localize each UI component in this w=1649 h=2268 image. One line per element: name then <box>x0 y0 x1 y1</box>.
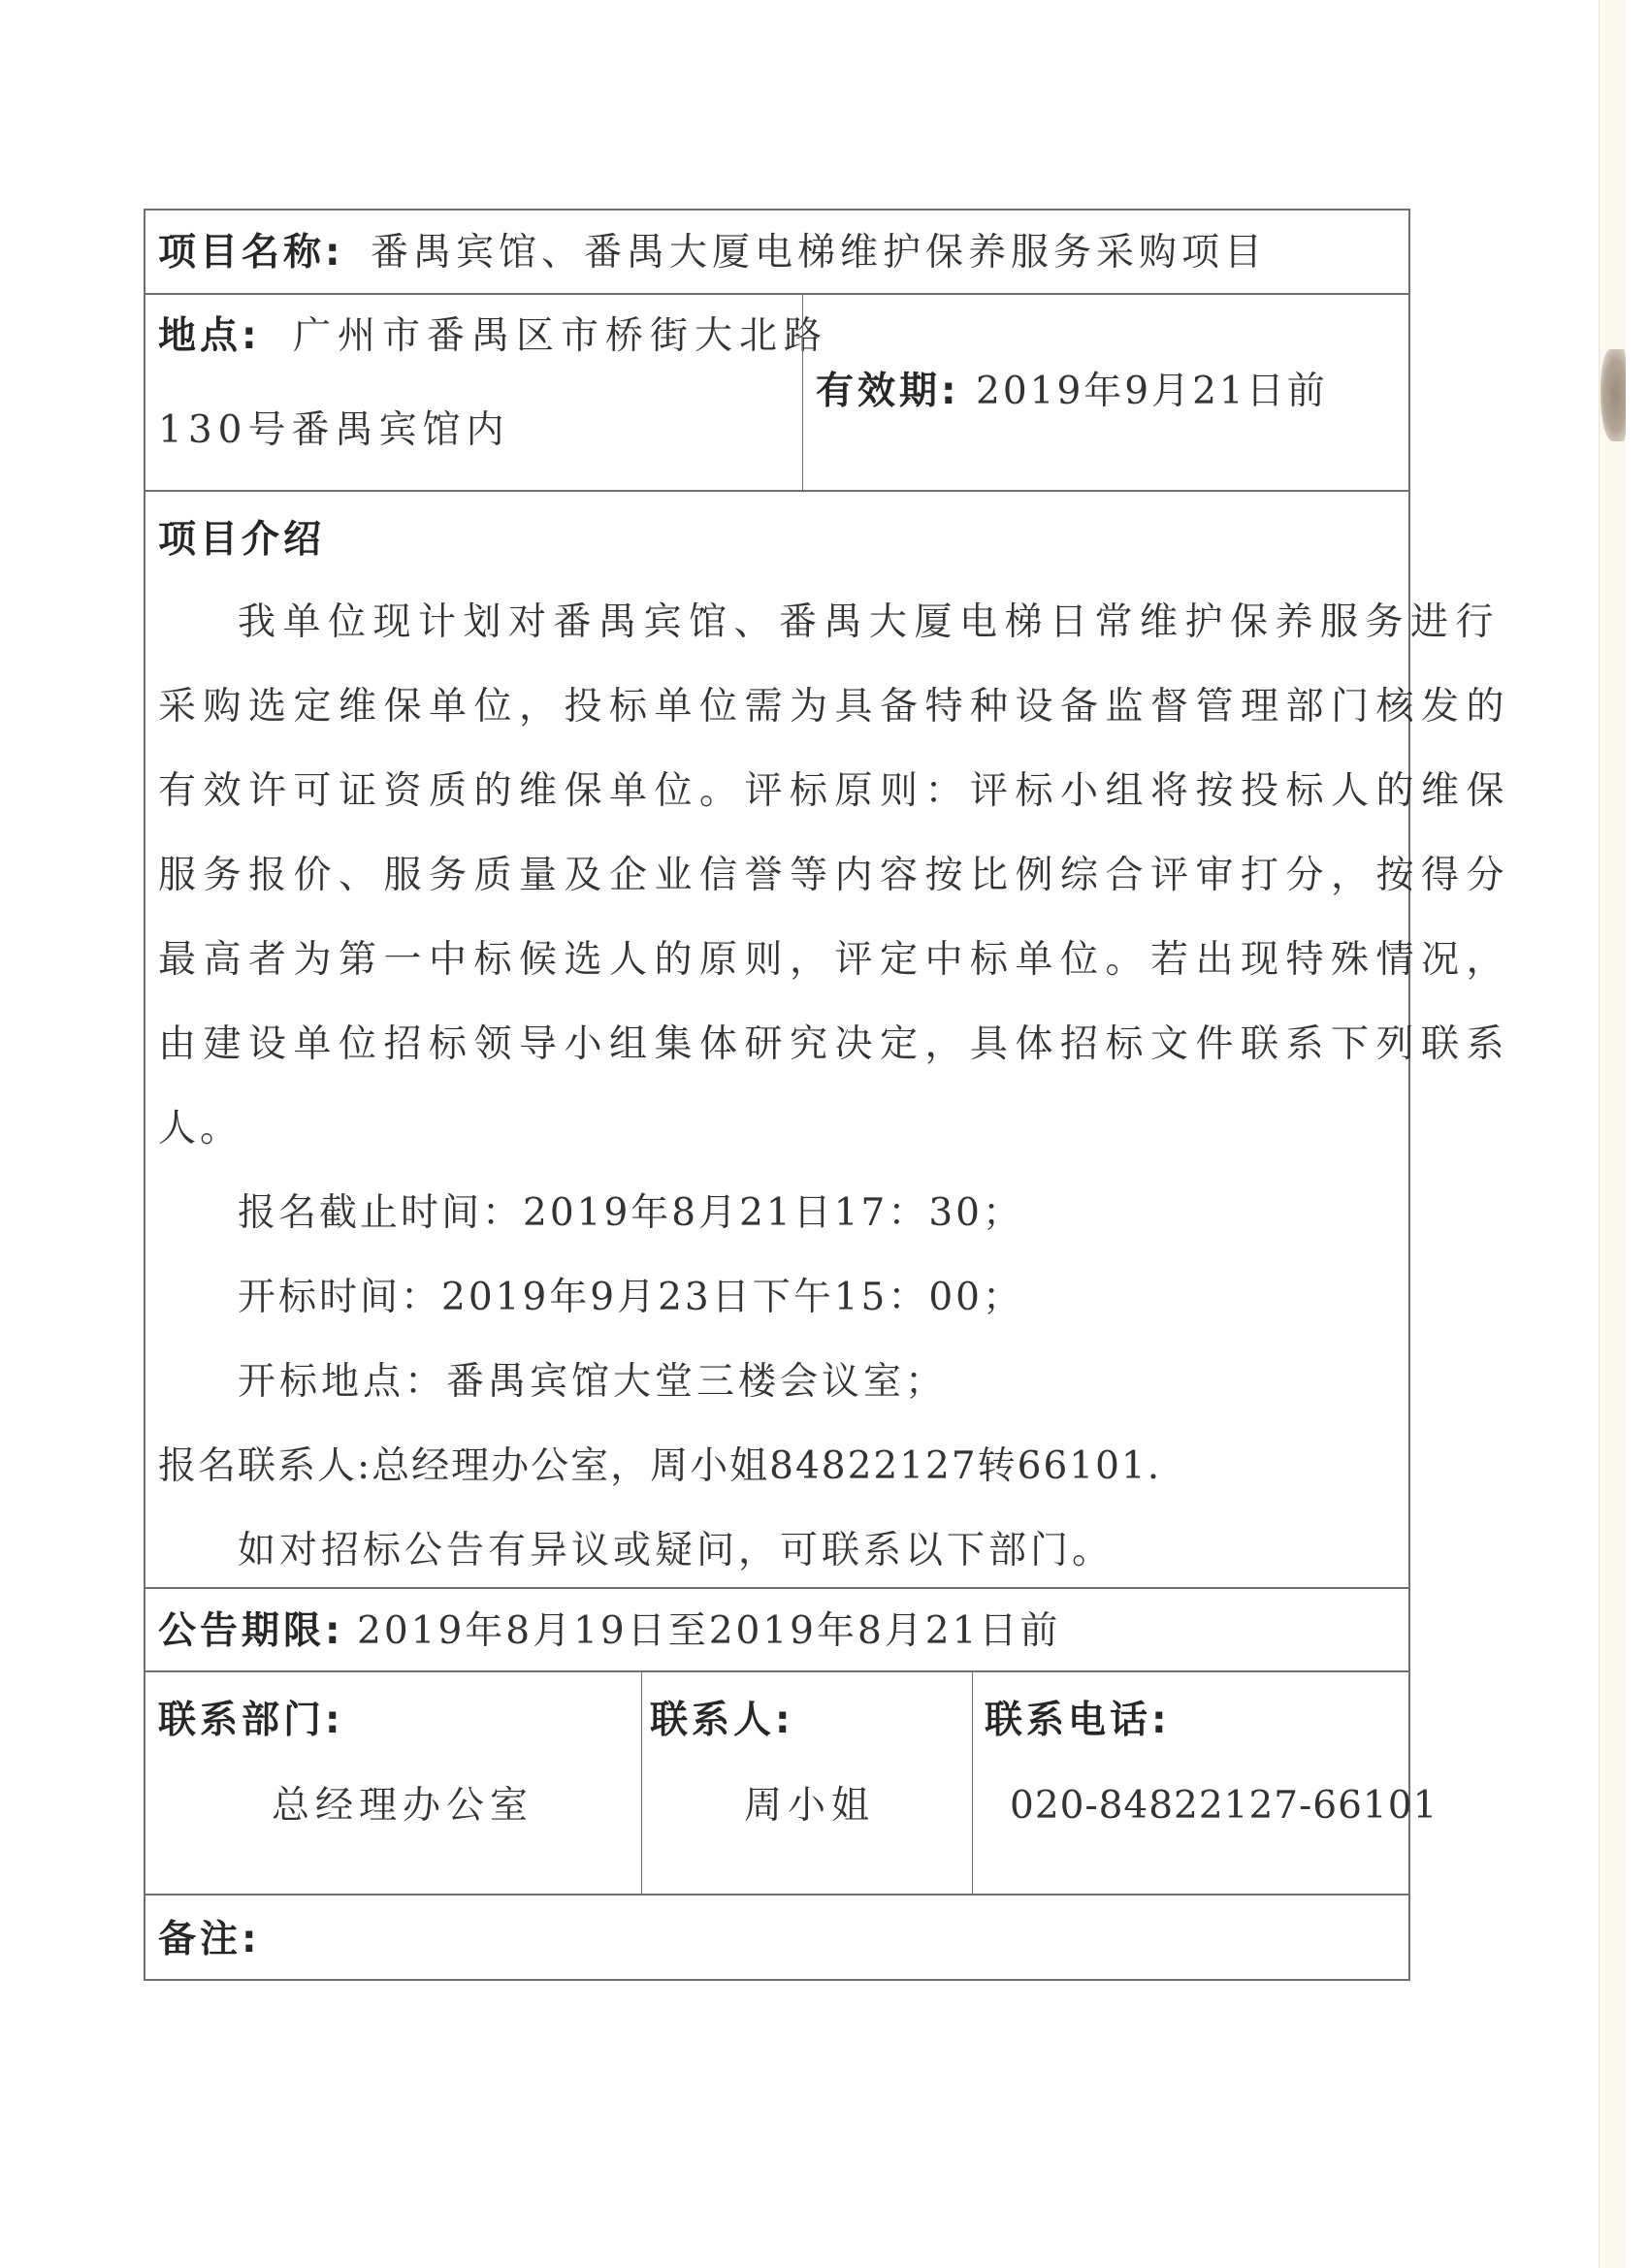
location-value-line1: 广州市番禺区市桥街大北路 <box>293 317 828 355</box>
location-cell: 地点: 广州市番禺区市桥街大北路 130号番禺宾馆内 <box>145 295 802 490</box>
intro-body-line: 人。 <box>158 1110 242 1148</box>
notice-period-label: 公告期限: <box>158 1612 344 1650</box>
validity-label: 有效期: <box>816 373 960 410</box>
project-name-label: 项目名称: <box>158 234 344 272</box>
intro-row: 项目介绍 我单位现计划对番禺宾馆、番禺大厦电梯日常维护保养服务进行 采购选定维保… <box>145 492 1408 1589</box>
location-validity-row: 地点: 广州市番禺区市桥街大北路 130号番禺宾馆内 有效期: 2019年9月2… <box>145 295 1408 492</box>
contact-phone-cell: 联系电话: 020-84822127-66101 <box>972 1672 1408 1894</box>
contact-department-value: 总经理办公室 <box>272 1787 533 1825</box>
scan-stain <box>1600 349 1626 441</box>
contact-department-cell: 联系部门: 总经理办公室 <box>145 1672 641 1894</box>
scan-edge-strip <box>1599 0 1626 2268</box>
intro-body-line: 采购选定维保单位，投标单位需为具备特种设备监督管理部门核发的 <box>158 688 1511 726</box>
bid-opening-time: 开标时间：2019年9月23日下午15：00； <box>238 1279 1023 1316</box>
validity-value: 2019年9月21日前 <box>976 373 1328 410</box>
intro-body-line: 有效许可证资质的维保单位。评标原则：评标小组将按投标人的维保 <box>158 772 1511 810</box>
validity-cell: 有效期: 2019年9月21日前 <box>802 295 1408 490</box>
project-name-value: 番禺宾馆、番禺大厦电梯维护保养服务采购项目 <box>371 234 1267 272</box>
registration-deadline: 报名截止时间：2019年8月21日17：30； <box>238 1194 1023 1232</box>
notice-period-row: 公告期限: 2019年8月19日至2019年8月21日前 <box>145 1589 1408 1672</box>
location-value-line2: 130号番禺宾馆内 <box>158 411 509 449</box>
remarks-label: 备注: <box>158 1921 261 1959</box>
contact-phone-label: 联系电话: <box>985 1701 1171 1739</box>
contacts-row: 联系部门: 总经理办公室 联系人: 周小姐 联系电话: 020-84822127… <box>145 1672 1408 1895</box>
intro-heading: 项目介绍 <box>158 521 325 559</box>
announcement-table: 项目名称: 番禺宾馆、番禺大厦电梯维护保养服务采购项目 地点: 广州市番禺区市桥… <box>144 209 1410 1981</box>
contact-phone-value: 020-84822127-66101 <box>1010 1787 1438 1825</box>
intro-body-line: 由建设单位招标领导小组集体研究决定，具体招标文件联系下列联系 <box>158 1025 1511 1063</box>
remarks-row: 备注: <box>145 1895 1408 1979</box>
project-name-row: 项目名称: 番禺宾馆、番禺大厦电梯维护保养服务采购项目 <box>145 211 1408 295</box>
contact-person-value: 周小姐 <box>744 1787 875 1825</box>
contact-person-label: 联系人: <box>650 1701 794 1739</box>
contact-person-cell: 联系人: 周小姐 <box>641 1672 972 1894</box>
intro-body-line: 最高者为第一中标候选人的原则，评定中标单位。若出现特殊情况， <box>158 941 1511 979</box>
contact-department-label: 联系部门: <box>158 1701 344 1739</box>
notice-period-value: 2019年8月19日至2019年8月21日前 <box>357 1612 1060 1650</box>
location-label: 地点: <box>158 317 261 355</box>
intro-body-line: 服务报价、服务质量及企业信誉等内容按比例综合评审打分，按得分 <box>158 857 1511 894</box>
bid-opening-place: 开标地点：番禺宾馆大堂三楼会议室； <box>238 1363 947 1401</box>
objection-note: 如对招标公告有异议或疑问，可联系以下部门。 <box>238 1532 1114 1570</box>
intro-body-line: 我单位现计划对番禺宾馆、番禺大厦电梯日常维护保养服务进行 <box>238 603 1501 641</box>
registration-contact: 报名联系人:总经理办公室，周小姐84822127转66101. <box>158 1447 1161 1485</box>
